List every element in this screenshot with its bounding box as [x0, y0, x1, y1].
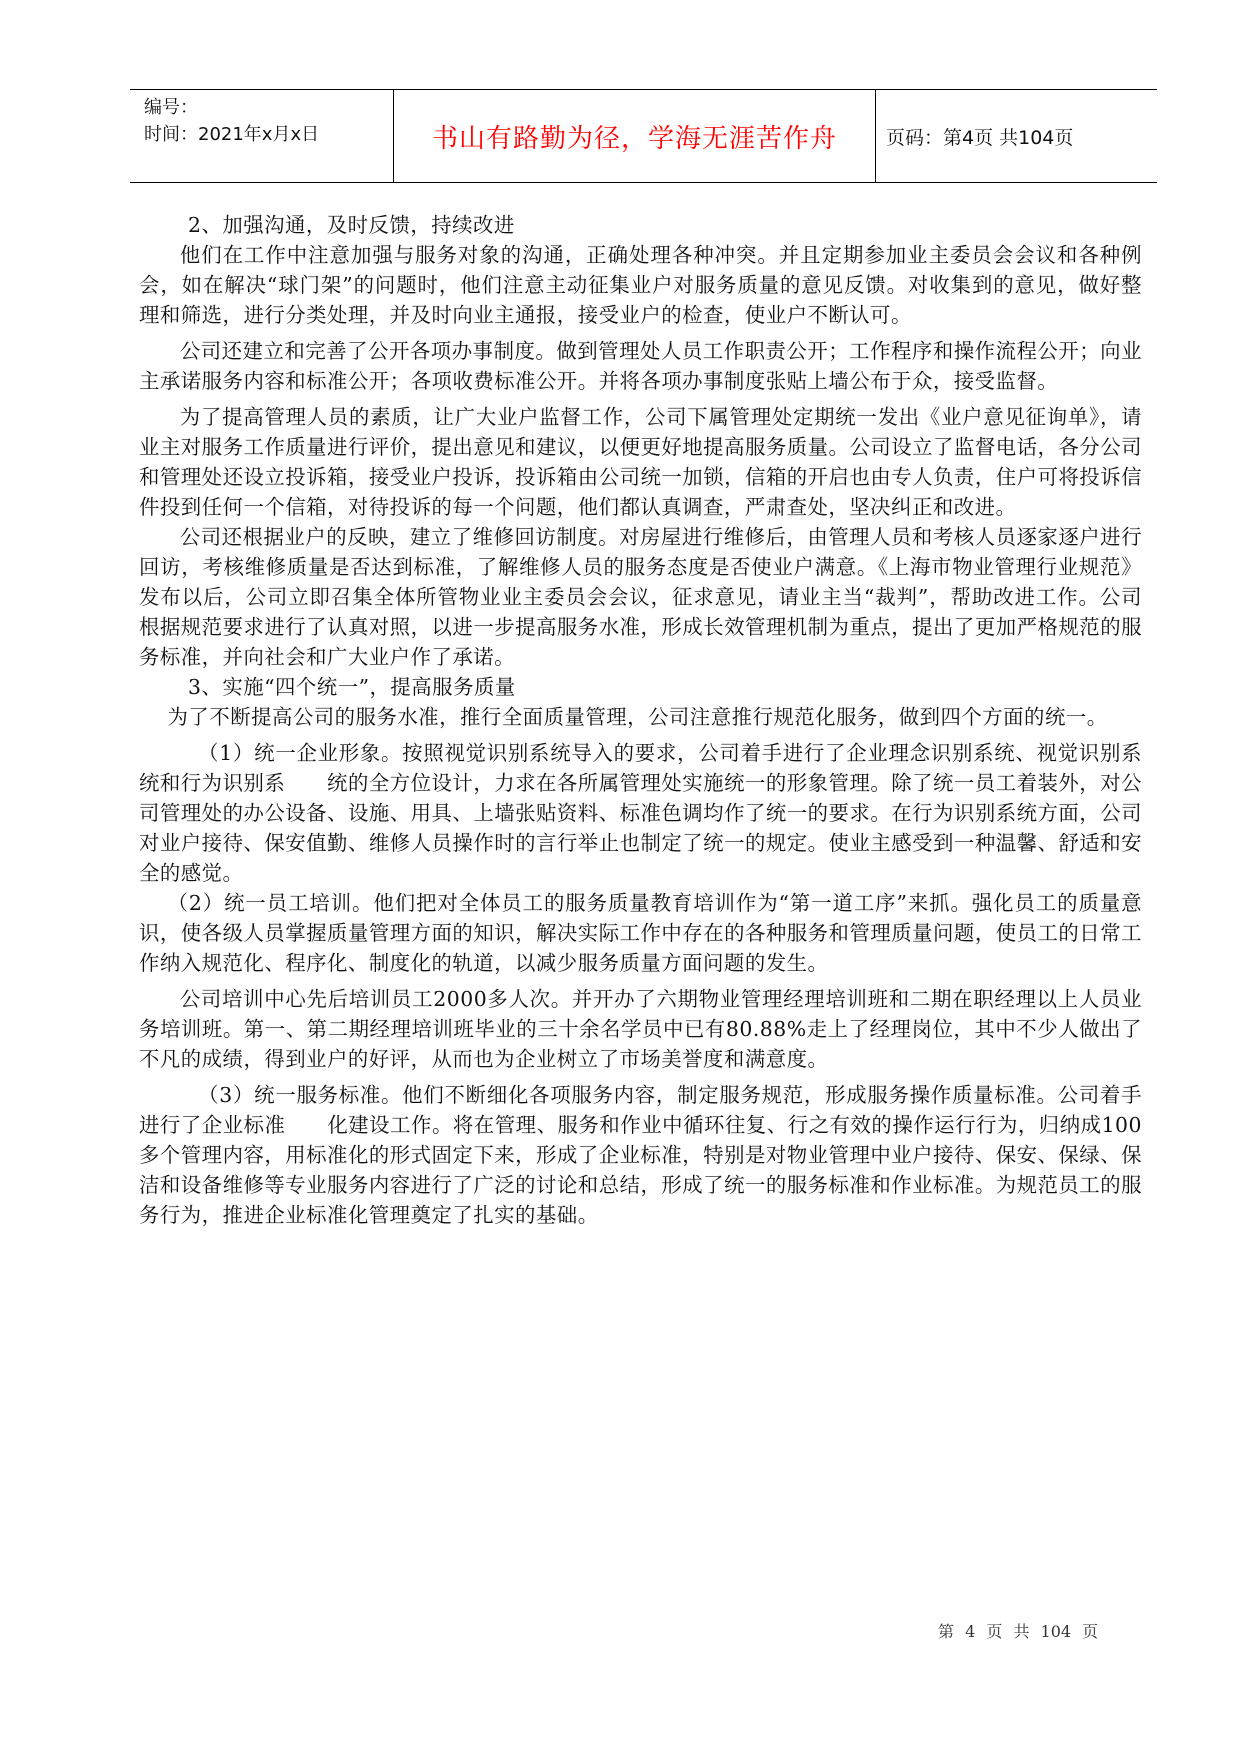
- paragraph-repair-followup: 公司还根据业户的反映，建立了维修回访制度。对房屋进行维修后，由管理人员和考核人员…: [139, 522, 1142, 672]
- paragraph-communication: 他们在工作中注意加强与服务对象的沟通，正确处理各种冲突。并且定期参加业主委员会会…: [139, 240, 1142, 330]
- header-motto-cell: 书山有路勤为径，学海无涯苦作舟: [393, 90, 876, 182]
- header-meta-cell: 编号： 时间：2021年x月x日: [130, 90, 393, 182]
- paragraph-training-center: 公司培训中心先后培训员工2000多人次。并开办了六期物业管理经理培训班和二期在职…: [139, 984, 1142, 1074]
- date-label: 时间：2021年x月x日: [144, 121, 393, 148]
- paragraph-open-system: 公司还建立和完善了公开各项办事制度。做到管理处人员工作职责公开；工作程序和操作流…: [139, 336, 1142, 396]
- motto-text: 书山有路勤为径，学海无涯苦作舟: [432, 118, 837, 155]
- section-heading-3: 3、实施“四个统一”，提高服务质量: [139, 672, 1142, 702]
- page-footer: 第 4 页 共 104 页: [938, 1619, 1098, 1642]
- paragraph-supervision: 为了提高管理人员的素质，让广大业户监督工作，公司下属管理处定期统一发出《业户意见…: [139, 402, 1142, 522]
- header-page-info: 页码：第4页 共104页: [886, 123, 1073, 150]
- paragraph-unified-training: （2）统一员工培训。他们把对全体员工的服务质量教育培训作为“第一道工序”来抓。强…: [139, 888, 1142, 978]
- page-header: 编号： 时间：2021年x月x日 书山有路勤为径，学海无涯苦作舟 页码：第4页 …: [130, 89, 1157, 183]
- document-body: 2、加强沟通，及时反馈，持续改进 他们在工作中注意加强与服务对象的沟通，正确处理…: [139, 210, 1142, 1230]
- paragraph-unified-image: （1）统一企业形象。按照视觉识别系统导入的要求，公司着手进行了企业理念识别系统、…: [139, 738, 1142, 888]
- header-page-cell: 页码：第4页 共104页: [876, 90, 1157, 182]
- paragraph-four-unifications: 为了不断提高公司的服务水准，推行全面质量管理，公司注意推行规范化服务，做到四个方…: [139, 702, 1142, 732]
- serial-number-label: 编号：: [144, 94, 393, 121]
- paragraph-unified-standards: （3）统一服务标准。他们不断细化各项服务内容，制定服务规范，形成服务操作质量标准…: [139, 1080, 1142, 1230]
- section-heading-2: 2、加强沟通，及时反馈，持续改进: [139, 210, 1142, 240]
